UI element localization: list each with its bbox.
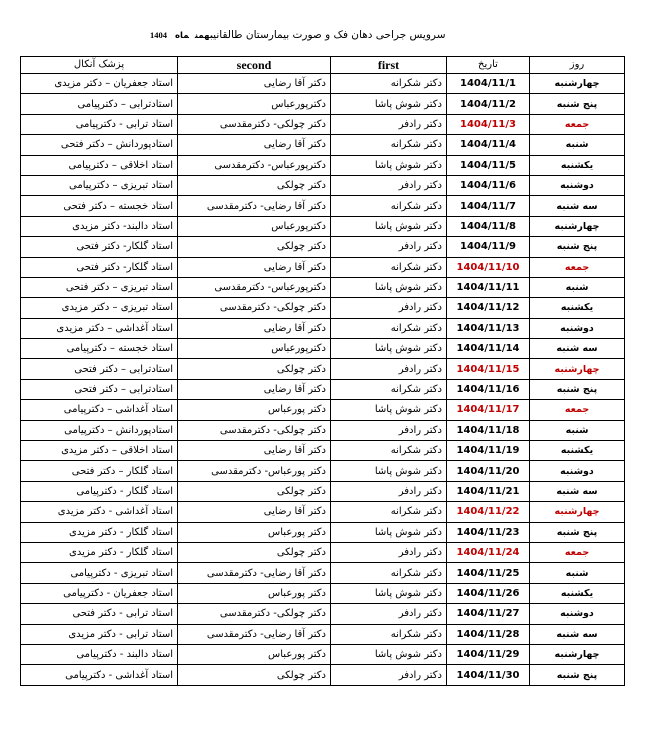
table-row: چهارشنبه1404/11/1دکتر شکرانهدکتر آقا رضا… xyxy=(21,74,625,94)
table-row: پنج شنبه1404/11/9دکتر رادفردکتر چولکیاست… xyxy=(21,237,625,257)
anesthesia-cell: استاد گلکار- دکتر فتحی xyxy=(21,237,178,257)
first-cell: دکتر شکرانه xyxy=(331,318,447,338)
first-cell: دکتر شوش پاشا xyxy=(331,94,447,114)
anesthesia-cell: استاد تبریزی – دکترپیامی xyxy=(21,175,178,195)
day-cell: پنج شنبه xyxy=(530,522,625,542)
anesthesia-cell: استاد تبریزی – دکتر مزیدی xyxy=(21,298,178,318)
day-cell: جمعه xyxy=(530,400,625,420)
day-cell: یکشنبه xyxy=(530,155,625,175)
title-text: سرویس جراحی دهان فک و صورت بیمارستان طال… xyxy=(213,29,445,41)
first-cell: دکتر شوش پاشا xyxy=(331,400,447,420)
first-cell: دکتر رادفر xyxy=(331,114,447,134)
anesthesia-cell: استاد گلکار – دکتر فتحی xyxy=(21,461,178,481)
day-cell: سه شنبه xyxy=(530,196,625,216)
date-cell: 1404/11/3 xyxy=(447,114,530,134)
table-row: سه شنبه1404/11/14دکتر شوش پاشادکترپورعبا… xyxy=(21,339,625,359)
first-cell: دکتر شوش پاشا xyxy=(331,155,447,175)
first-cell: دکتر شکرانه xyxy=(331,196,447,216)
table-row: جمعه1404/11/24دکتر رادفردکتر چولکیاستاد … xyxy=(21,542,625,562)
anesthesia-cell: استاد دالبند- دکتر مزیدی xyxy=(21,216,178,236)
date-cell: 1404/11/24 xyxy=(447,542,530,562)
first-cell: دکتر رادفر xyxy=(331,481,447,501)
date-cell: 1404/11/22 xyxy=(447,502,530,522)
second-cell: دکترپورعباس xyxy=(178,339,331,359)
day-cell: شنبه xyxy=(530,563,625,583)
date-cell: 1404/11/25 xyxy=(447,563,530,583)
first-cell: دکتر رادفر xyxy=(331,237,447,257)
header-second: second xyxy=(178,57,331,74)
day-cell: یکشنبه xyxy=(530,298,625,318)
table-row: چهارشنبه1404/11/8دکتر شوش پاشادکترپورعبا… xyxy=(21,216,625,236)
second-cell: دکتر چولکی- دکترمقدسی xyxy=(178,420,331,440)
date-cell: 1404/11/11 xyxy=(447,277,530,297)
date-cell: 1404/11/27 xyxy=(447,604,530,624)
day-cell: دوشنبه xyxy=(530,175,625,195)
day-cell: پنج شنبه xyxy=(530,379,625,399)
table-row: شنبه1404/11/11دکتر شوش پاشادکترپورعباس- … xyxy=(21,277,625,297)
date-cell: 1404/11/7 xyxy=(447,196,530,216)
first-cell: دکتر شکرانه xyxy=(331,563,447,583)
date-cell: 1404/11/15 xyxy=(447,359,530,379)
second-cell: دکتر پورعباس xyxy=(178,400,331,420)
first-cell: دکتر شوش پاشا xyxy=(331,461,447,481)
date-cell: 1404/11/18 xyxy=(447,420,530,440)
anesthesia-cell: استاد خجسته – دکتر فتحی xyxy=(21,196,178,216)
table-row: شنبه1404/11/18دکتر رادفردکتر چولکی- دکتر… xyxy=(21,420,625,440)
second-cell: دکتر آقا رضایی xyxy=(178,135,331,155)
second-cell: دکتر پورعباس xyxy=(178,522,331,542)
table-row: یکشنبه1404/11/12دکتر رادفردکتر چولکی- دک… xyxy=(21,298,625,318)
second-cell: دکتر پورعباس xyxy=(178,644,331,664)
second-cell: دکترپورعباس- دکترمقدسی xyxy=(178,155,331,175)
date-cell: 1404/11/29 xyxy=(447,644,530,664)
header-first: first xyxy=(331,57,447,74)
table-row: جمعه1404/11/3دکتر رادفردکتر چولکی- دکترم… xyxy=(21,114,625,134)
first-cell: دکتر رادفر xyxy=(331,665,447,685)
date-cell: 1404/11/4 xyxy=(447,135,530,155)
table-row: دوشنبه1404/11/27دکتر رادفردکتر چولکی- دک… xyxy=(21,604,625,624)
first-cell: دکتر شکرانه xyxy=(331,257,447,277)
date-cell: 1404/11/1 xyxy=(447,74,530,94)
day-cell: شنبه xyxy=(530,135,625,155)
anesthesia-cell: استاد گلکار - دکتر مزیدی xyxy=(21,542,178,562)
anesthesia-cell: استاد اخلاقی – دکترپیامی xyxy=(21,155,178,175)
table-row: یکشنبه1404/11/19دکتر شکرانهدکتر آقا رضای… xyxy=(21,441,625,461)
table-row: پنج شنبه1404/11/2دکتر شوش پاشادکترپورعبا… xyxy=(21,94,625,114)
second-cell: دکتر چولکی- دکترمقدسی xyxy=(178,298,331,318)
first-cell: دکتر رادفر xyxy=(331,359,447,379)
table-body: چهارشنبه1404/11/1دکتر شکرانهدکتر آقا رضا… xyxy=(21,74,625,686)
table-row: یکشنبه1404/11/5دکتر شوش پاشادکترپورعباس-… xyxy=(21,155,625,175)
anesthesia-cell: استادترابی – دکترپیامی xyxy=(21,94,178,114)
second-cell: دکتر چولکی xyxy=(178,542,331,562)
date-cell: 1404/11/14 xyxy=(447,339,530,359)
second-cell: دکترپورعباس xyxy=(178,94,331,114)
anesthesia-cell: استاد آغداشی - دکترپیامی xyxy=(21,665,178,685)
first-cell: دکتر شکرانه xyxy=(331,379,447,399)
second-cell: دکتر آقا رضایی xyxy=(178,74,331,94)
day-cell: پنج شنبه xyxy=(530,94,625,114)
second-cell: دکتر چولکی- دکترمقدسی xyxy=(178,114,331,134)
anesthesia-cell: استادترابی – دکتر فتحی xyxy=(21,359,178,379)
table-row: یکشنبه1404/11/26دکتر شوش پاشادکتر پورعبا… xyxy=(21,583,625,603)
date-cell: 1404/11/19 xyxy=(447,441,530,461)
document-title: سرویس جراحی دهان فک و صورت بیمارستان طال… xyxy=(150,27,520,43)
day-cell: پنج شنبه xyxy=(530,237,625,257)
day-cell: چهارشنبه xyxy=(530,644,625,664)
second-cell: دکتر چولکی xyxy=(178,481,331,501)
date-cell: 1404/11/16 xyxy=(447,379,530,399)
day-cell: شنبه xyxy=(530,277,625,297)
title-year: 1404 xyxy=(150,30,167,40)
date-cell: 1404/11/26 xyxy=(447,583,530,603)
date-cell: 1404/11/23 xyxy=(447,522,530,542)
date-cell: 1404/11/2 xyxy=(447,94,530,114)
anesthesia-cell: استاد تبریزی - دکترپیامی xyxy=(21,563,178,583)
anesthesia-cell: استاد ترابی - دکتر فتحی xyxy=(21,604,178,624)
first-cell: دکتر رادفر xyxy=(331,298,447,318)
first-cell: دکتر شوش پاشا xyxy=(331,216,447,236)
day-cell: سه شنبه xyxy=(530,481,625,501)
day-cell: دوشنبه xyxy=(530,461,625,481)
anesthesia-cell: استاد ترابی - دکترپیامی xyxy=(21,114,178,134)
anesthesia-cell: استاد تبریزی – دکتر فتحی xyxy=(21,277,178,297)
day-cell: چهارشنبه xyxy=(530,359,625,379)
second-cell: دکتر چولکی xyxy=(178,175,331,195)
anesthesia-cell: استاد خجسته – دکترپیامی xyxy=(21,339,178,359)
day-cell: جمعه xyxy=(530,114,625,134)
anesthesia-cell: استادپوردانش – دکتر فتحی xyxy=(21,135,178,155)
table-row: پنج شنبه1404/11/30دکتر رادفردکتر چولکیاس… xyxy=(21,665,625,685)
first-cell: دکتر رادفر xyxy=(331,604,447,624)
day-cell: چهارشنبه xyxy=(530,216,625,236)
date-cell: 1404/11/12 xyxy=(447,298,530,318)
table-row: پنج شنبه1404/11/23دکتر شوش پاشادکتر پورع… xyxy=(21,522,625,542)
date-cell: 1404/11/20 xyxy=(447,461,530,481)
title-month-label: ماه xyxy=(175,31,189,41)
table-row: دوشنبه1404/11/20دکتر شوش پاشادکتر پورعبا… xyxy=(21,461,625,481)
second-cell: دکتر چولکی xyxy=(178,359,331,379)
anesthesia-cell: استاد اخلاقی – دکتر مزیدی xyxy=(21,441,178,461)
second-cell: دکتر پورعباس xyxy=(178,583,331,603)
anesthesia-cell: استاد آغداشی – دکترپیامی xyxy=(21,400,178,420)
day-cell: دوشنبه xyxy=(530,318,625,338)
anesthesia-cell: استادپوردانش – دکترپیامی xyxy=(21,420,178,440)
anesthesia-cell: استاد آغداشی – دکتر مزیدی xyxy=(21,318,178,338)
date-cell: 1404/11/5 xyxy=(447,155,530,175)
first-cell: دکتر رادفر xyxy=(331,175,447,195)
date-cell: 1404/11/13 xyxy=(447,318,530,338)
anesthesia-cell: استاد جعفریان – دکتر مزیدی xyxy=(21,74,178,94)
second-cell: دکترپورعباس- دکترمقدسی xyxy=(178,277,331,297)
table-header-row: روز تاریخ first second پزشک آنکال xyxy=(21,57,625,74)
day-cell: چهارشنبه xyxy=(530,502,625,522)
day-cell: یکشنبه xyxy=(530,583,625,603)
table-row: شنبه1404/11/25دکتر شکرانهدکتر آقا رضایی-… xyxy=(21,563,625,583)
second-cell: دکتر آقا رضایی xyxy=(178,379,331,399)
table-row: دوشنبه1404/11/13دکتر شکرانهدکتر آقا رضای… xyxy=(21,318,625,338)
date-cell: 1404/11/8 xyxy=(447,216,530,236)
second-cell: دکتر آقا رضایی xyxy=(178,502,331,522)
day-cell: یکشنبه xyxy=(530,441,625,461)
second-cell: دکترپورعباس xyxy=(178,216,331,236)
table-row: جمعه1404/11/17دکتر شوش پاشادکتر پورعباسا… xyxy=(21,400,625,420)
header-anesthesia: پزشک آنکال xyxy=(21,57,178,74)
second-cell: دکتر آقا رضایی- دکترمقدسی xyxy=(178,624,331,644)
first-cell: دکتر شکرانه xyxy=(331,74,447,94)
day-cell: چهارشنبه xyxy=(530,74,625,94)
date-cell: 1404/11/10 xyxy=(447,257,530,277)
anesthesia-cell: استاد دالبند - دکترپیامی xyxy=(21,644,178,664)
first-cell: دکتر شکرانه xyxy=(331,624,447,644)
header-day: روز xyxy=(530,57,625,74)
schedule-table: روز تاریخ first second پزشک آنکال چهارشن… xyxy=(20,56,625,686)
second-cell: دکتر آقا رضایی- دکترمقدسی xyxy=(178,563,331,583)
first-cell: دکتر شکرانه xyxy=(331,441,447,461)
second-cell: دکتر پورعباس- دکترمقدسی xyxy=(178,461,331,481)
date-cell: 1404/11/28 xyxy=(447,624,530,644)
second-cell: دکتر چولکی- دکترمقدسی xyxy=(178,604,331,624)
first-cell: دکتر شکرانه xyxy=(331,502,447,522)
day-cell: دوشنبه xyxy=(530,604,625,624)
day-cell: سه شنبه xyxy=(530,624,625,644)
table-row: جمعه1404/11/10دکتر شکرانهدکتر آقا رضاییا… xyxy=(21,257,625,277)
second-cell: دکتر چولکی xyxy=(178,665,331,685)
anesthesia-cell: استاد گلکار - دکترپیامی xyxy=(21,481,178,501)
table-row: سه شنبه1404/11/21دکتر رادفردکتر چولکیاست… xyxy=(21,481,625,501)
table-row: دوشنبه1404/11/6دکتر رادفردکتر چولکیاستاد… xyxy=(21,175,625,195)
date-cell: 1404/11/9 xyxy=(447,237,530,257)
first-cell: دکتر شوش پاشا xyxy=(331,277,447,297)
header-date: تاریخ xyxy=(447,57,530,74)
day-cell: جمعه xyxy=(530,257,625,277)
day-cell: جمعه xyxy=(530,542,625,562)
table-row: سه شنبه1404/11/28دکتر شکرانهدکتر آقا رضا… xyxy=(21,624,625,644)
table-row: شنبه1404/11/4دکتر شکرانهدکتر آقا رضاییاس… xyxy=(21,135,625,155)
date-cell: 1404/11/21 xyxy=(447,481,530,501)
title-month: بهمن xyxy=(195,31,213,41)
second-cell: دکتر آقا رضایی xyxy=(178,441,331,461)
day-cell: سه شنبه xyxy=(530,339,625,359)
table-row: چهارشنبه1404/11/29دکتر شوش پاشادکتر پورع… xyxy=(21,644,625,664)
first-cell: دکتر شوش پاشا xyxy=(331,522,447,542)
first-cell: دکتر شوش پاشا xyxy=(331,583,447,603)
first-cell: دکتر رادفر xyxy=(331,420,447,440)
first-cell: دکتر شوش پاشا xyxy=(331,339,447,359)
day-cell: شنبه xyxy=(530,420,625,440)
anesthesia-cell: استاد آغداشی - دکتر مزیدی xyxy=(21,502,178,522)
anesthesia-cell: استاد گلکار - دکتر مزیدی xyxy=(21,522,178,542)
second-cell: دکتر آقا رضایی xyxy=(178,318,331,338)
first-cell: دکتر شکرانه xyxy=(331,135,447,155)
table-row: چهارشنبه1404/11/15دکتر رادفردکتر چولکیاس… xyxy=(21,359,625,379)
second-cell: دکتر آقا رضایی- دکترمقدسی xyxy=(178,196,331,216)
date-cell: 1404/11/17 xyxy=(447,400,530,420)
second-cell: دکتر چولکی xyxy=(178,237,331,257)
first-cell: دکتر رادفر xyxy=(331,542,447,562)
date-cell: 1404/11/6 xyxy=(447,175,530,195)
table-row: سه شنبه1404/11/7دکتر شکرانهدکتر آقا رضای… xyxy=(21,196,625,216)
first-cell: دکتر شوش پاشا xyxy=(331,644,447,664)
table-row: چهارشنبه1404/11/22دکتر شکرانهدکتر آقا رض… xyxy=(21,502,625,522)
table-row: پنج شنبه1404/11/16دکتر شکرانهدکتر آقا رض… xyxy=(21,379,625,399)
anesthesia-cell: استاد ترابی - دکتر مزیدی xyxy=(21,624,178,644)
date-cell: 1404/11/30 xyxy=(447,665,530,685)
second-cell: دکتر آقا رضایی xyxy=(178,257,331,277)
day-cell: پنج شنبه xyxy=(530,665,625,685)
anesthesia-cell: استاد گلکار- دکتر فتحی xyxy=(21,257,178,277)
anesthesia-cell: استاد جعفریان - دکترپیامی xyxy=(21,583,178,603)
anesthesia-cell: استادترابی – دکتر فتحی xyxy=(21,379,178,399)
